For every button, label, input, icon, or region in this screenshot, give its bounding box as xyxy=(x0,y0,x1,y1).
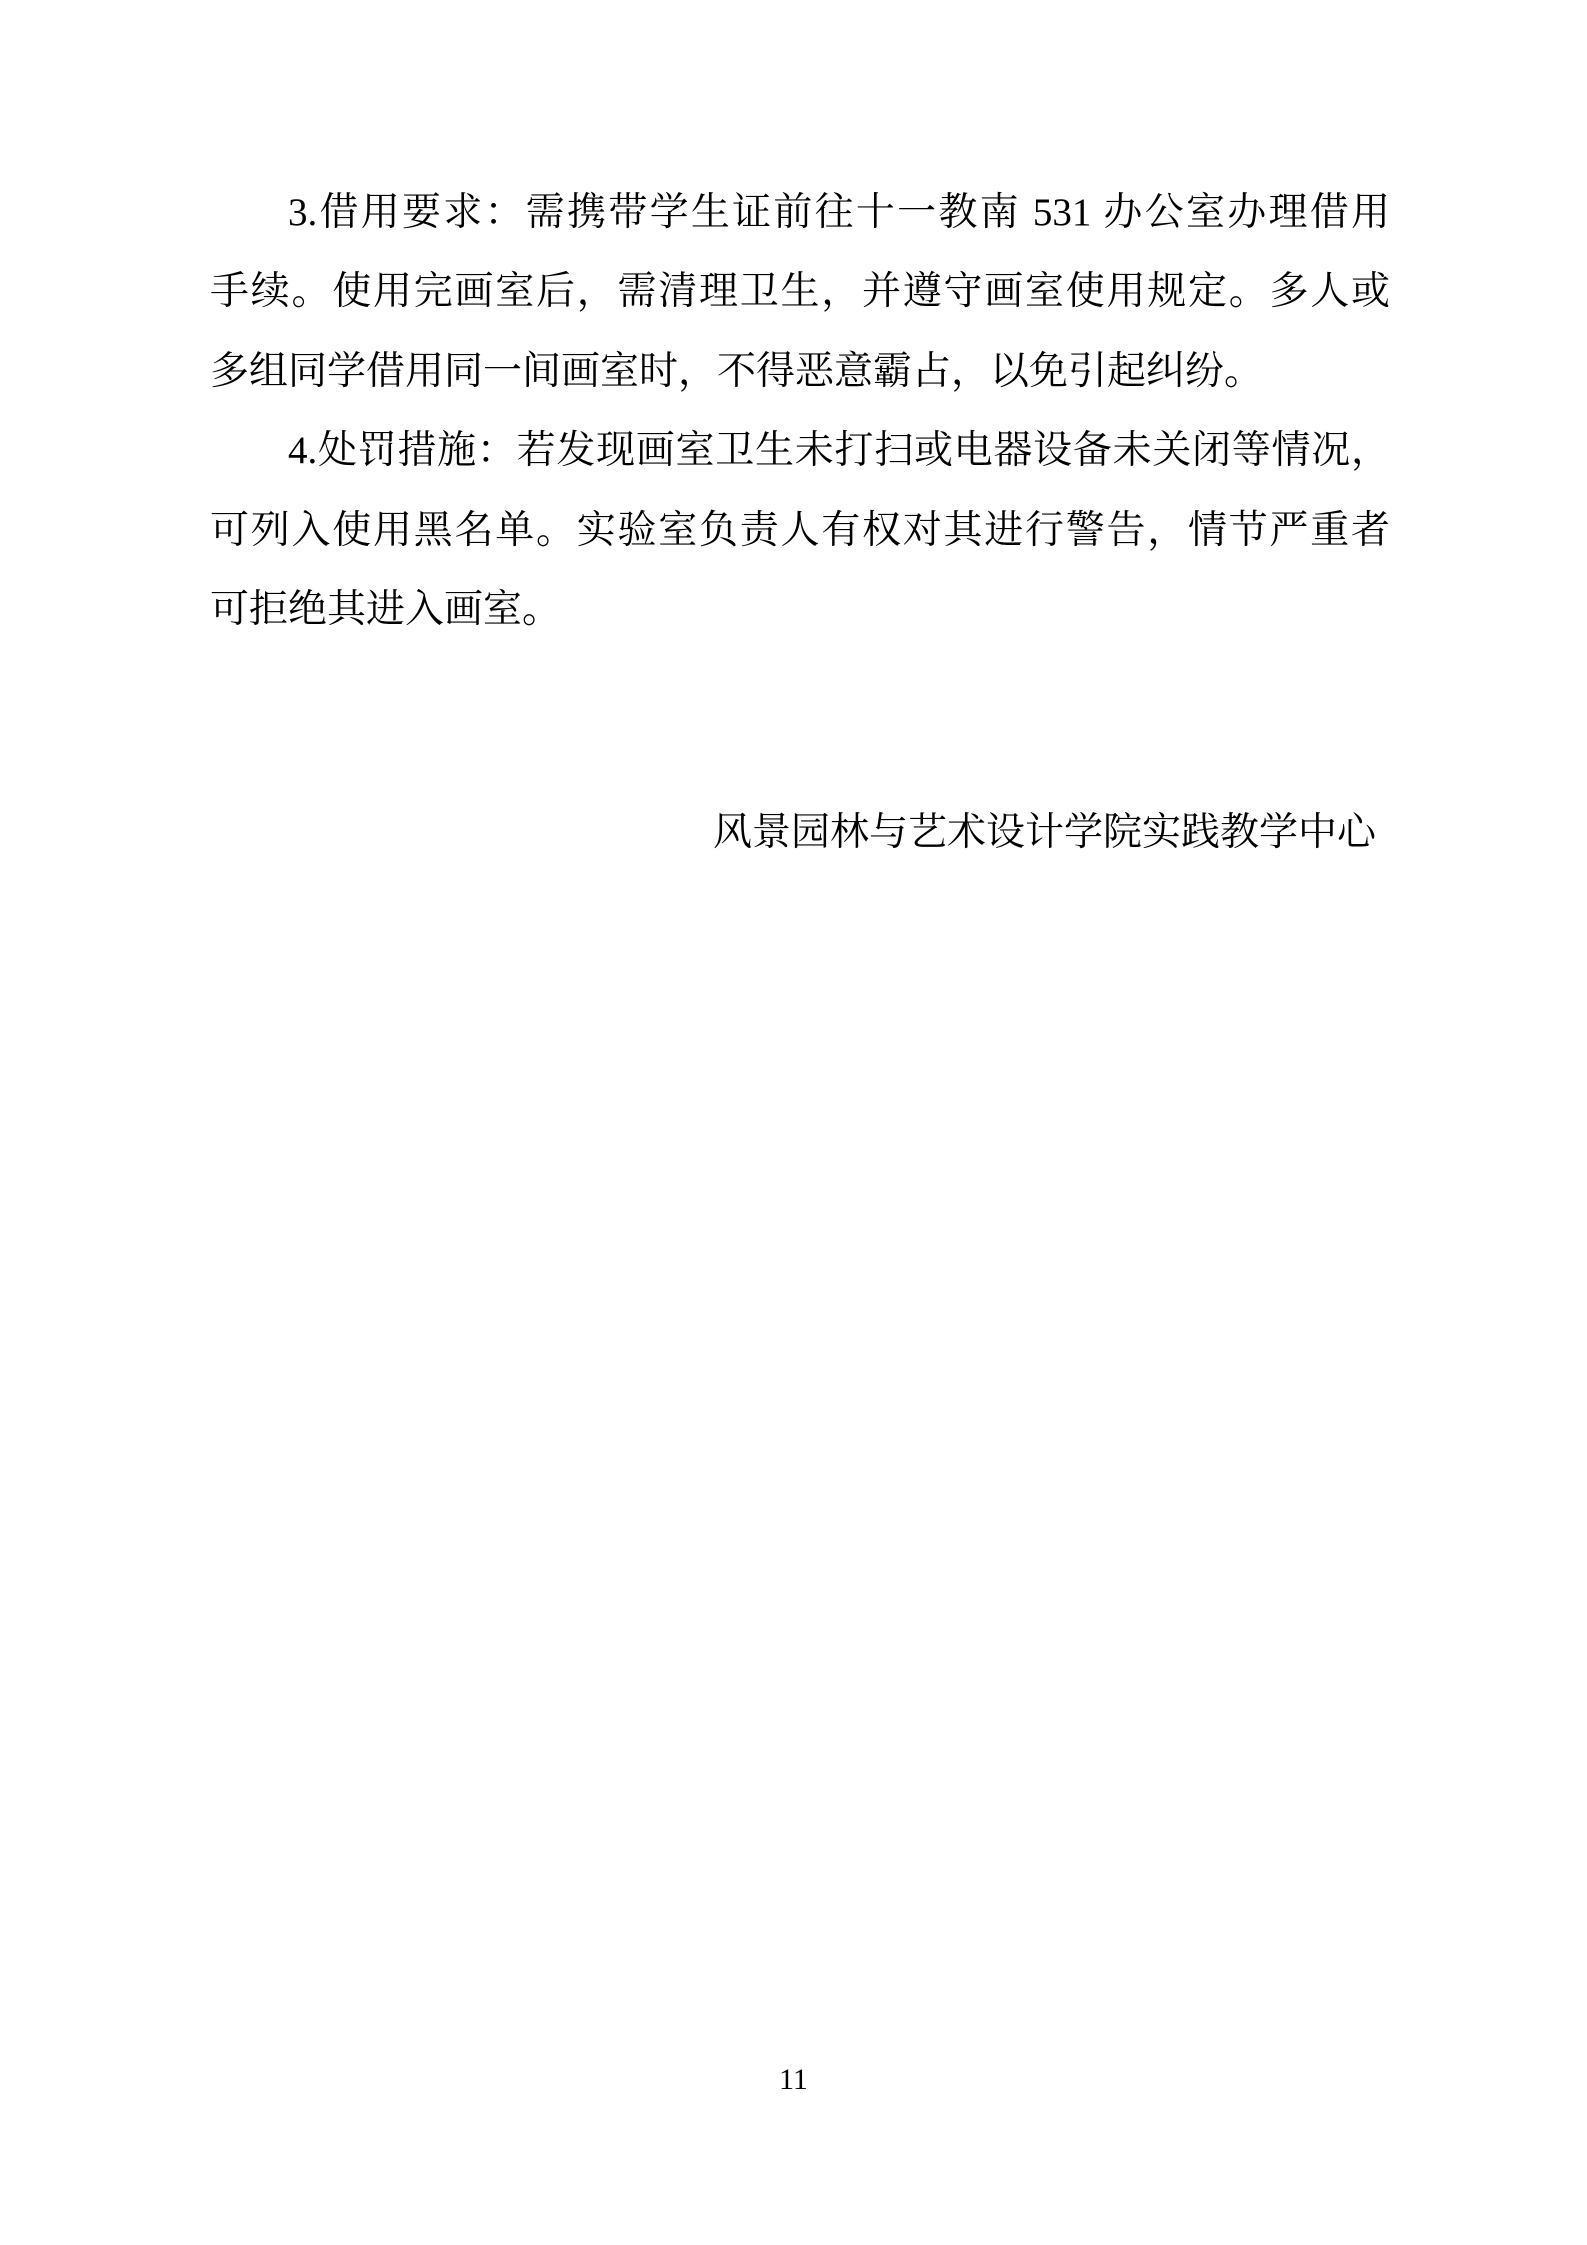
paragraph-3-line-1: 3.借用要求：需携带学生证前往十一教南 531 办公室办理借用 xyxy=(210,173,1390,252)
paragraph-4-line-1: 4.处罚措施：若发现画室卫生未打扫或电器设备未关闭等情况， xyxy=(210,411,1390,490)
page-number: 11 xyxy=(0,2062,1587,2098)
document-body: 3.借用要求：需携带学生证前往十一教南 531 办公室办理借用 手续。使用完画室… xyxy=(210,173,1390,873)
paragraph-4-line-2: 可列入使用黑名单。实验室负责人有权对其进行警告，情节严重者 xyxy=(210,491,1390,570)
signature: 风景园林与艺术设计学院实践教学中心 xyxy=(210,793,1390,872)
paragraph-3-line-3: 多组同学借用同一间画室时，不得恶意霸占，以免引起纠纷。 xyxy=(210,332,1390,411)
paragraph-3-line-2: 手续。使用完画室后，需清理卫生，并遵守画室使用规定。多人或 xyxy=(210,252,1390,331)
paragraph-4-line-3: 可拒绝其进入画室。 xyxy=(210,570,1390,649)
document-page: 3.借用要求：需携带学生证前往十一教南 531 办公室办理借用 手续。使用完画室… xyxy=(0,0,1587,2245)
